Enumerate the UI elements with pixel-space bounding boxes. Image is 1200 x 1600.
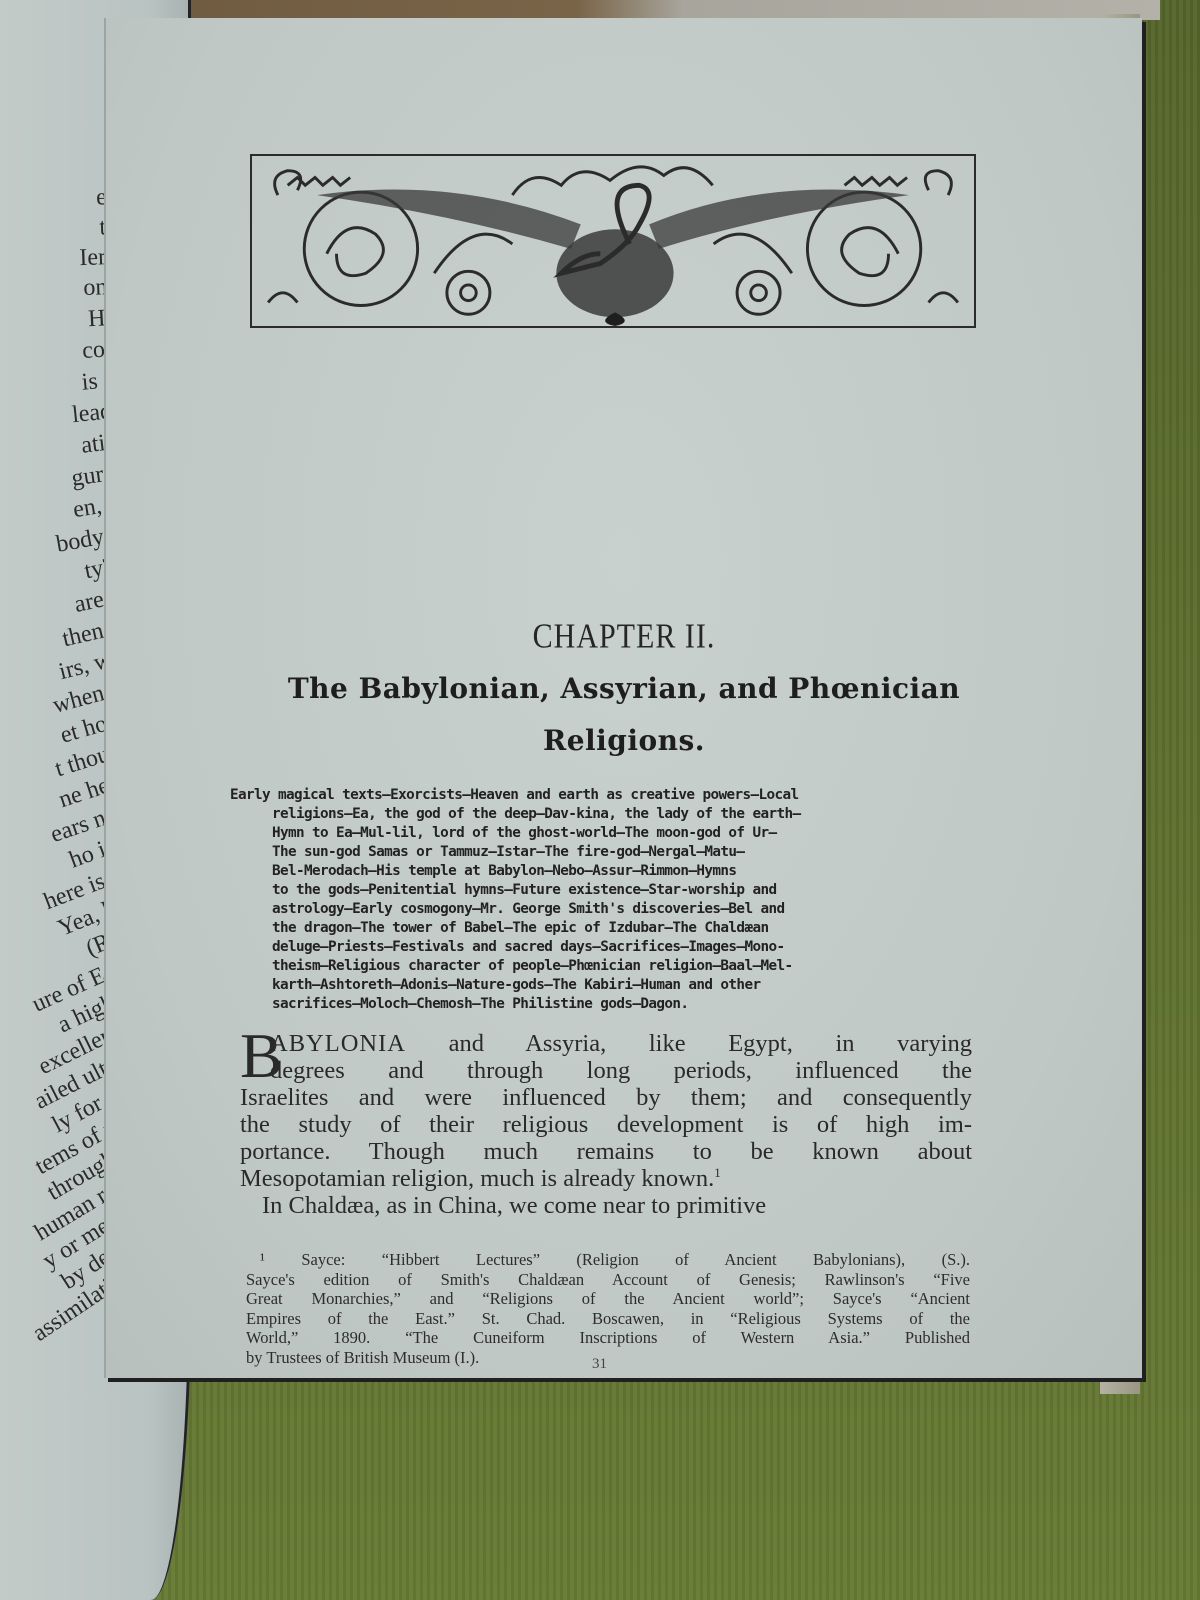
footnote-line: Empires of the East.” St. Chad. Boscawen… — [246, 1309, 970, 1329]
footnote-line: Great Monarchies,” and “Religions of the… — [246, 1289, 970, 1309]
drop-cap: B — [240, 1026, 283, 1086]
chapter-title-line1: The Babylonian, Assyrian, and Phœnician — [106, 672, 1142, 705]
page-number: 31 — [592, 1356, 607, 1373]
synopsis-line: deluge—Priests—Festivals and sacred days… — [230, 938, 982, 957]
synopsis-line: sacrifices—Moloch—Chemosh—The Philistine… — [230, 995, 982, 1014]
synopsis-line: to the gods—Penitential hymns—Future exi… — [230, 881, 982, 900]
first-word: ABYLONIA — [270, 1030, 406, 1057]
synopsis-line: religions—Ea, the god of the deep—Dav-ki… — [230, 805, 982, 824]
synopsis-line: Early magical texts—Exorcists—Heaven and… — [230, 786, 982, 805]
right-page: CHAPTER II. The Babylonian, Assyrian, an… — [104, 18, 1142, 1378]
synopsis-line: karth—Ashtoreth—Adonis—Nature-gods—The K… — [230, 976, 982, 995]
body-line: the study of their religious development… — [240, 1111, 972, 1138]
ornamental-headpiece — [250, 154, 976, 328]
body-line-text: Mesopotamian religion, much is already k… — [240, 1165, 714, 1192]
chapter-heading: CHAPTER II. — [106, 617, 1142, 656]
footnote-line: ¹ Sayce: “Hibbert Lectures” (Religion of… — [246, 1250, 970, 1270]
chapter-body: B ABYLONIA and Assyria, like Egypt, in v… — [240, 1030, 972, 1219]
body-line: degrees and through long periods, influe… — [240, 1057, 972, 1084]
footnotes: ¹ Sayce: “Hibbert Lectures” (Religion of… — [246, 1250, 970, 1367]
body-line: Mesopotamian religion, much is already k… — [240, 1165, 972, 1192]
book-cover-edge — [100, 0, 1160, 20]
body-line: Israelites and were influenced by them; … — [240, 1084, 972, 1111]
synopsis-line: The sun-god Samas or Tammuz—Istar—The fi… — [230, 843, 982, 862]
body-line: In Chaldæa, as in China, we come near to… — [240, 1192, 972, 1219]
footnote-reference: 1 — [714, 1165, 721, 1180]
body-line: portance. Though much remains to be know… — [240, 1138, 972, 1165]
synopsis-line: the dragon—The tower of Babel—The epic o… — [230, 919, 982, 938]
body-line-text: and Assyria, like Egypt, in varying — [449, 1030, 972, 1057]
footnote-line: World,” 1890. “The Cuneiform Inscription… — [246, 1328, 970, 1348]
chapter-synopsis: Early magical texts—Exorcists—Heaven and… — [230, 786, 982, 1014]
footnote-line: Sayce's edition of Smith's Chaldæan Acco… — [246, 1270, 970, 1290]
synopsis-line: Bel-Merodach—His temple at Babylon—Nebo—… — [230, 862, 982, 881]
synopsis-line: theism—Religious character of people—Phœ… — [230, 957, 982, 976]
body-line: ABYLONIA and Assyria, like Egypt, in var… — [240, 1030, 972, 1057]
synopsis-line: astrology—Early cosmogony—Mr. George Smi… — [230, 900, 982, 919]
synopsis-line: Hymn to Ea—Mul-lil, lord of the ghost-wo… — [230, 824, 982, 843]
swan-ornament-icon — [252, 156, 974, 326]
chapter-title-line2: Religions. — [106, 724, 1142, 757]
footnote-line: by Trustees of British Museum (I.). — [246, 1348, 970, 1368]
